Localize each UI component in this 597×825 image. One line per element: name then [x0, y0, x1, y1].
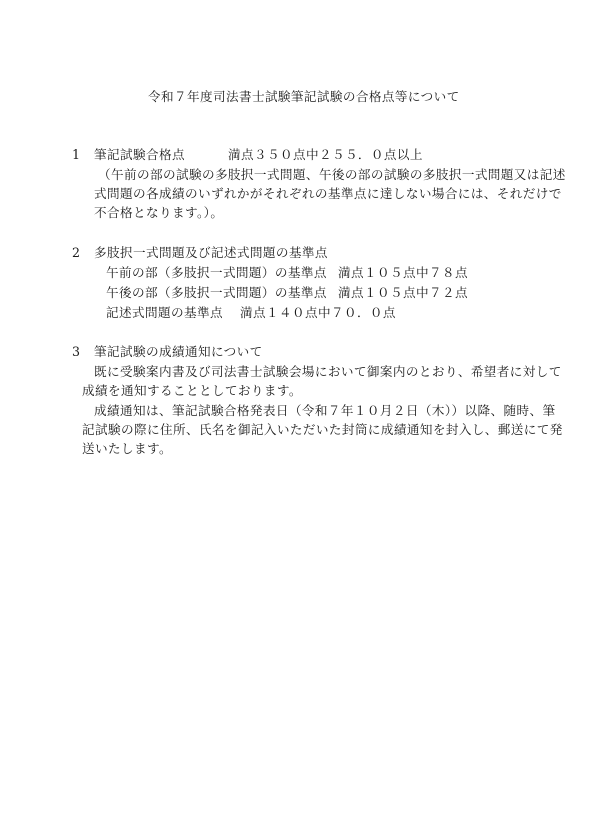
section-2-item-value: 満点１０５点中７２点: [338, 286, 468, 300]
section-3-body-line: 既に受験案内書及び司法書士試験会場において御案内のとおり、希望者に対して: [94, 365, 562, 379]
section-3-body-line: 成績通知は、筆記試験合格発表日（令和７年１０月２日（木））以降、随時、筆: [94, 404, 555, 418]
section-3-body-line: 記試験の際に住所、氏名を御記入いただいた封筒に成績通知を封入し、郵送にて発: [82, 423, 563, 437]
section-1-note-line: 式問題の各成績のいずれかがそれぞれの基準点に達しない場合には、それだけで: [94, 187, 562, 201]
section-1-value: 満点３５０点中２５５．０点以上: [228, 148, 423, 162]
section-3-body-line: 成績を通知することとしております。: [82, 384, 302, 398]
section-2-item-label: 午後の部（多肢択一式問題）の基準点: [106, 286, 327, 300]
section-2-item-value: 満点１０５点中７８点: [338, 266, 468, 280]
section-3-number: 3: [72, 345, 80, 359]
section-1-number: 1: [72, 148, 80, 162]
section-2-item-value: 満点１４０点中７０．０点: [240, 306, 396, 320]
section-3-body-line: 送いたします。: [82, 442, 172, 456]
section-1-note-line: （午前の部の試験の多肢択一式問題、午後の部の試験の多肢択一式問題又は記述: [98, 168, 566, 182]
section-2-item-label: 午前の部（多肢択一式問題）の基準点: [106, 266, 327, 280]
section-2-item-label: 記述式問題の基準点: [106, 306, 223, 320]
section-2-number: 2: [72, 246, 80, 260]
section-1-heading: 筆記試験合格点: [94, 148, 185, 162]
document-title: 令和７年度司法書士試験筆記試験の合格点等について: [148, 90, 460, 104]
section-1-note-line: 不合格となります。）。: [94, 206, 223, 220]
section-2-heading: 多肢択一式問題及び記述式問題の基準点: [94, 246, 328, 260]
section-3-heading: 筆記試験の成績通知について: [94, 345, 263, 359]
